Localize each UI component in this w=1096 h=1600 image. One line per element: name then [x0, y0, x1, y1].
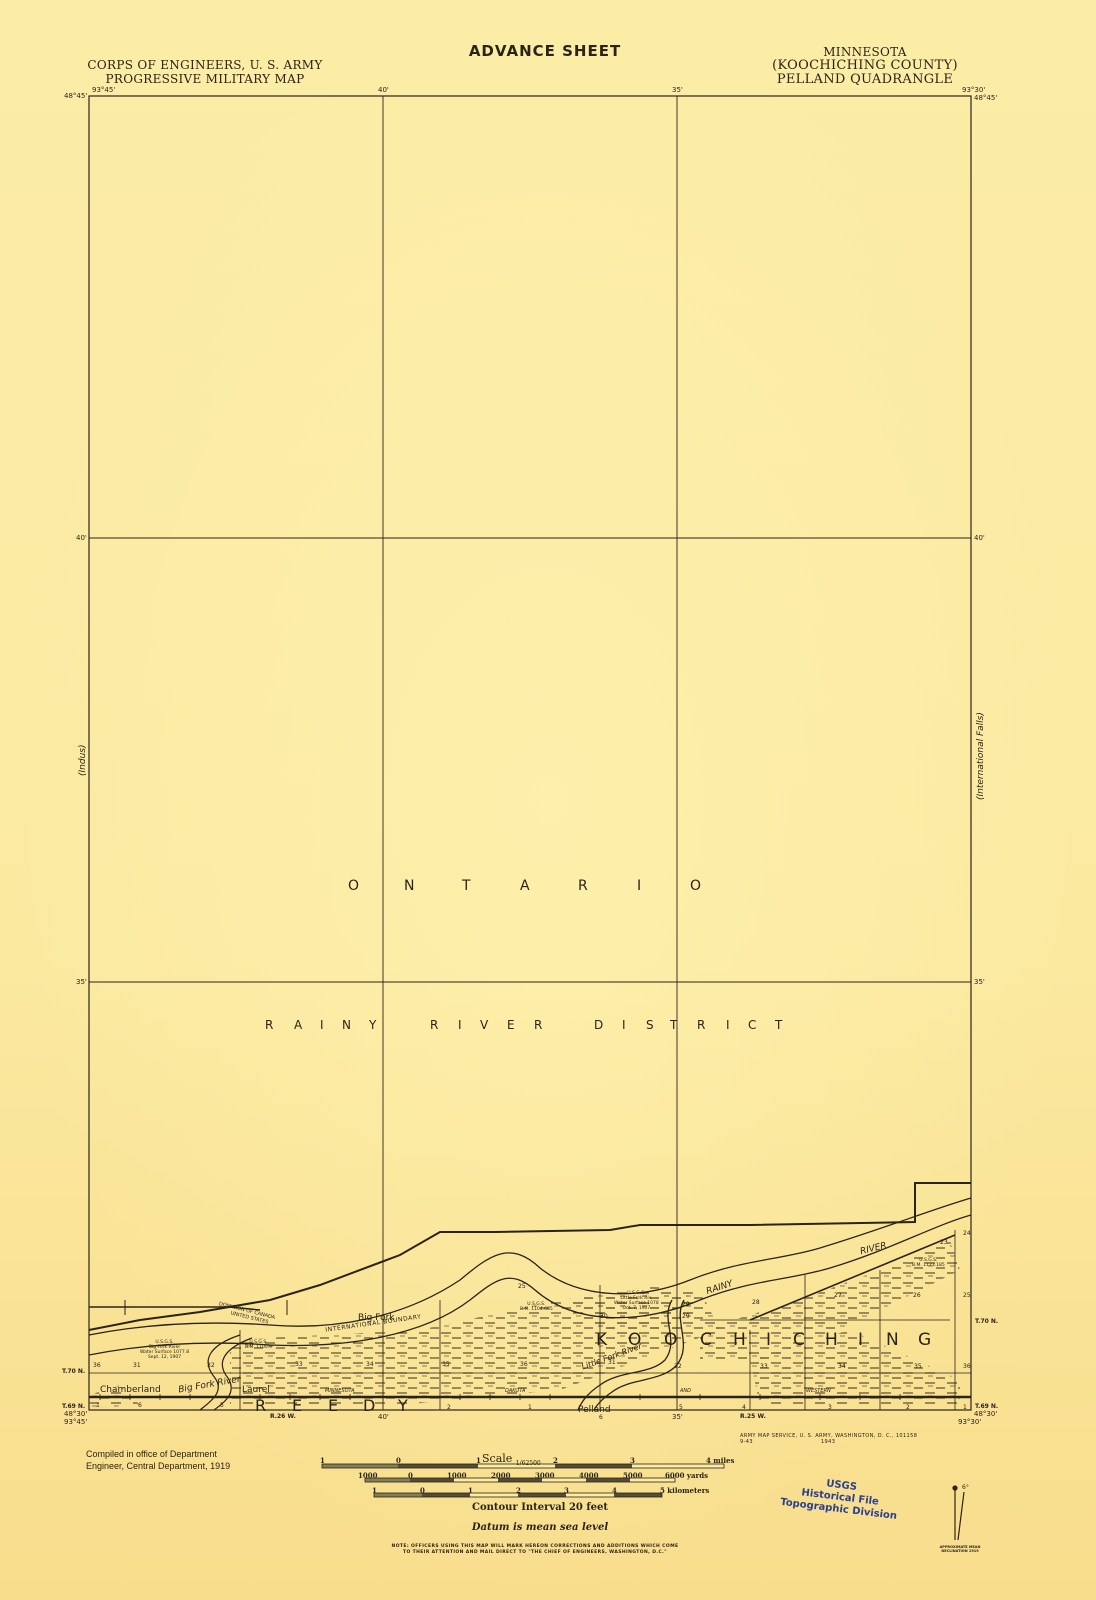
adjacent-sheet-west: (Indus)	[78, 745, 88, 777]
coord-top-left-lat: 48°45'	[64, 92, 87, 100]
section-number: 5	[679, 1404, 683, 1411]
section-number: 29	[682, 1301, 690, 1308]
label-reedy: R E E D Y	[0, 1396, 1096, 1416]
section-number: 4	[742, 1404, 746, 1411]
section-number: 27	[834, 1292, 842, 1299]
scale-tick: 2	[553, 1456, 558, 1465]
section-number: 33	[760, 1363, 768, 1370]
section-number: 31	[608, 1359, 616, 1366]
section-number: 35	[914, 1363, 922, 1370]
coord-bottom-right-lon: 93°30'	[958, 1418, 981, 1426]
township-t69n-east: T.69 N.	[975, 1403, 998, 1410]
section-number: 34	[838, 1363, 846, 1370]
scale-tick: 4000	[579, 1471, 598, 1480]
coord-left-40: 40'	[76, 534, 87, 542]
section-number: 1	[96, 1402, 100, 1409]
scale-tick: 1000	[447, 1471, 466, 1480]
scale-tick: 1	[468, 1486, 473, 1495]
scale-tick: 6000 yards	[665, 1471, 708, 1480]
place-laurel: Laurel	[242, 1385, 270, 1395]
section-number: 25	[518, 1283, 526, 1290]
section-number: 23	[940, 1239, 948, 1246]
benchmark-little-fork: U.S.G.S. Little Fork Riv. Water Surface …	[614, 1291, 659, 1311]
coord-top-right-lat: 48°45'	[974, 94, 997, 102]
section-number: 32	[207, 1362, 215, 1369]
datum-note: Datum is mean sea level	[440, 1522, 640, 1533]
adjacent-sheet-east: (International Falls)	[976, 712, 986, 800]
coord-right-35: 35'	[974, 978, 985, 986]
scale-tick: 2	[516, 1486, 521, 1495]
coord-right-40: 40'	[974, 534, 985, 542]
coord-top-35: 35'	[672, 86, 683, 94]
section-number: 29	[682, 1313, 690, 1320]
township-t69n-west: T.69 N.	[62, 1403, 85, 1410]
section-number: 2	[447, 1404, 451, 1411]
declination-label: APPROXIMATE MEAN DECLINATION 1919	[930, 1545, 990, 1553]
coord-left-35: 35'	[76, 978, 87, 986]
scale-tick: 2000	[491, 1471, 510, 1480]
scale-tick: 3000	[535, 1471, 554, 1480]
section-number: 1	[528, 1404, 532, 1411]
scale-tick: 0	[408, 1471, 413, 1480]
scale-title: Scale 1/62500	[482, 1452, 541, 1467]
scale-tick: 1	[320, 1456, 325, 1465]
section-number: 28	[752, 1299, 760, 1306]
benchmark-1123: U.S.G.S. B.M. 1123.185	[912, 1258, 945, 1268]
place-pelland: Pelland	[578, 1405, 611, 1415]
section-number: 32	[674, 1363, 682, 1370]
place-chamberland: Chamberland	[100, 1385, 161, 1395]
scale-tick: 5 kilometers	[660, 1486, 709, 1495]
compilation-credit: Compiled in office of Department Enginee…	[86, 1448, 230, 1472]
label-rr-and: AND	[680, 1388, 691, 1394]
contour-interval: Contour Interval 20 feet	[440, 1502, 640, 1513]
coord-top-left-lon: 93°45'	[92, 86, 115, 94]
scale-tick: 1	[476, 1456, 481, 1465]
section-number: 26	[913, 1292, 921, 1299]
scale-tick: 4 miles	[706, 1456, 734, 1465]
section-number: 36	[963, 1363, 971, 1370]
section-number: 25	[963, 1292, 971, 1299]
section-number: 24	[963, 1230, 971, 1237]
label-rainy-river-district: R A I N Y R I V E R D I S T R I C T	[0, 1018, 1096, 1038]
section-number: 1	[963, 1404, 967, 1411]
scale-tick: 0	[396, 1456, 401, 1465]
declination-diagram	[953, 1486, 964, 1540]
scale-tick: 0	[420, 1486, 425, 1495]
label-rr-western: WESTERN	[806, 1388, 831, 1394]
label-rr-dakota: DAKOTA	[505, 1388, 525, 1394]
scale-tick: 5000	[623, 1471, 642, 1480]
section-number: 31	[133, 1362, 141, 1369]
range-r25w: R.25 W.	[740, 1413, 766, 1420]
section-number: 35	[442, 1361, 450, 1368]
township-t70n-east: T.70 N.	[975, 1318, 998, 1325]
range-r26w: R.26 W.	[270, 1413, 296, 1420]
section-number: 36	[520, 1361, 528, 1368]
map-canvas	[0, 0, 1096, 1600]
declination-degrees: 6°	[962, 1484, 969, 1491]
section-number: 6	[599, 1414, 603, 1421]
label-ontario: O N T A R I O	[0, 878, 1096, 898]
army-map-service-credit: ARMY MAP SERVICE, U. S. ARMY, WASHINGTON…	[740, 1433, 917, 1445]
section-number: 36	[93, 1362, 101, 1369]
section-number: 30	[600, 1313, 608, 1320]
neatline	[89, 96, 971, 1410]
benchmark-1100: U.S.G.S. B.M. 1100.9	[245, 1340, 272, 1350]
scale-tick: 4	[612, 1486, 617, 1495]
coord-bottom-left-lon: 93°45'	[64, 1418, 87, 1426]
scale-tick: 1	[372, 1486, 377, 1495]
township-t70n-west: T.70 N.	[62, 1368, 85, 1375]
section-number: 34	[366, 1361, 374, 1368]
benchmark-big-fork-river: U.S.G.S. Big Fork River Water Surface 10…	[140, 1340, 189, 1360]
benchmark-1104: U.S.G.S. B.M. 1104.685	[520, 1302, 553, 1312]
section-number: 5	[220, 1402, 224, 1409]
scale-tick: 1000	[358, 1471, 377, 1480]
officers-note: NOTE: OFFICERS USING THIS MAP WILL MARK …	[370, 1544, 700, 1556]
section-number: 33	[295, 1361, 303, 1368]
section-number: 3	[828, 1404, 832, 1411]
scale-tick: 3	[564, 1486, 569, 1495]
coord-top-40: 40'	[378, 86, 389, 94]
coord-top-right-lon: 93°30'	[962, 86, 985, 94]
scale-tick: 3	[630, 1456, 635, 1465]
section-number: 2	[906, 1404, 910, 1411]
label-rr-minnesota: MINNESOTA	[325, 1388, 355, 1394]
section-number: 6	[138, 1402, 142, 1409]
